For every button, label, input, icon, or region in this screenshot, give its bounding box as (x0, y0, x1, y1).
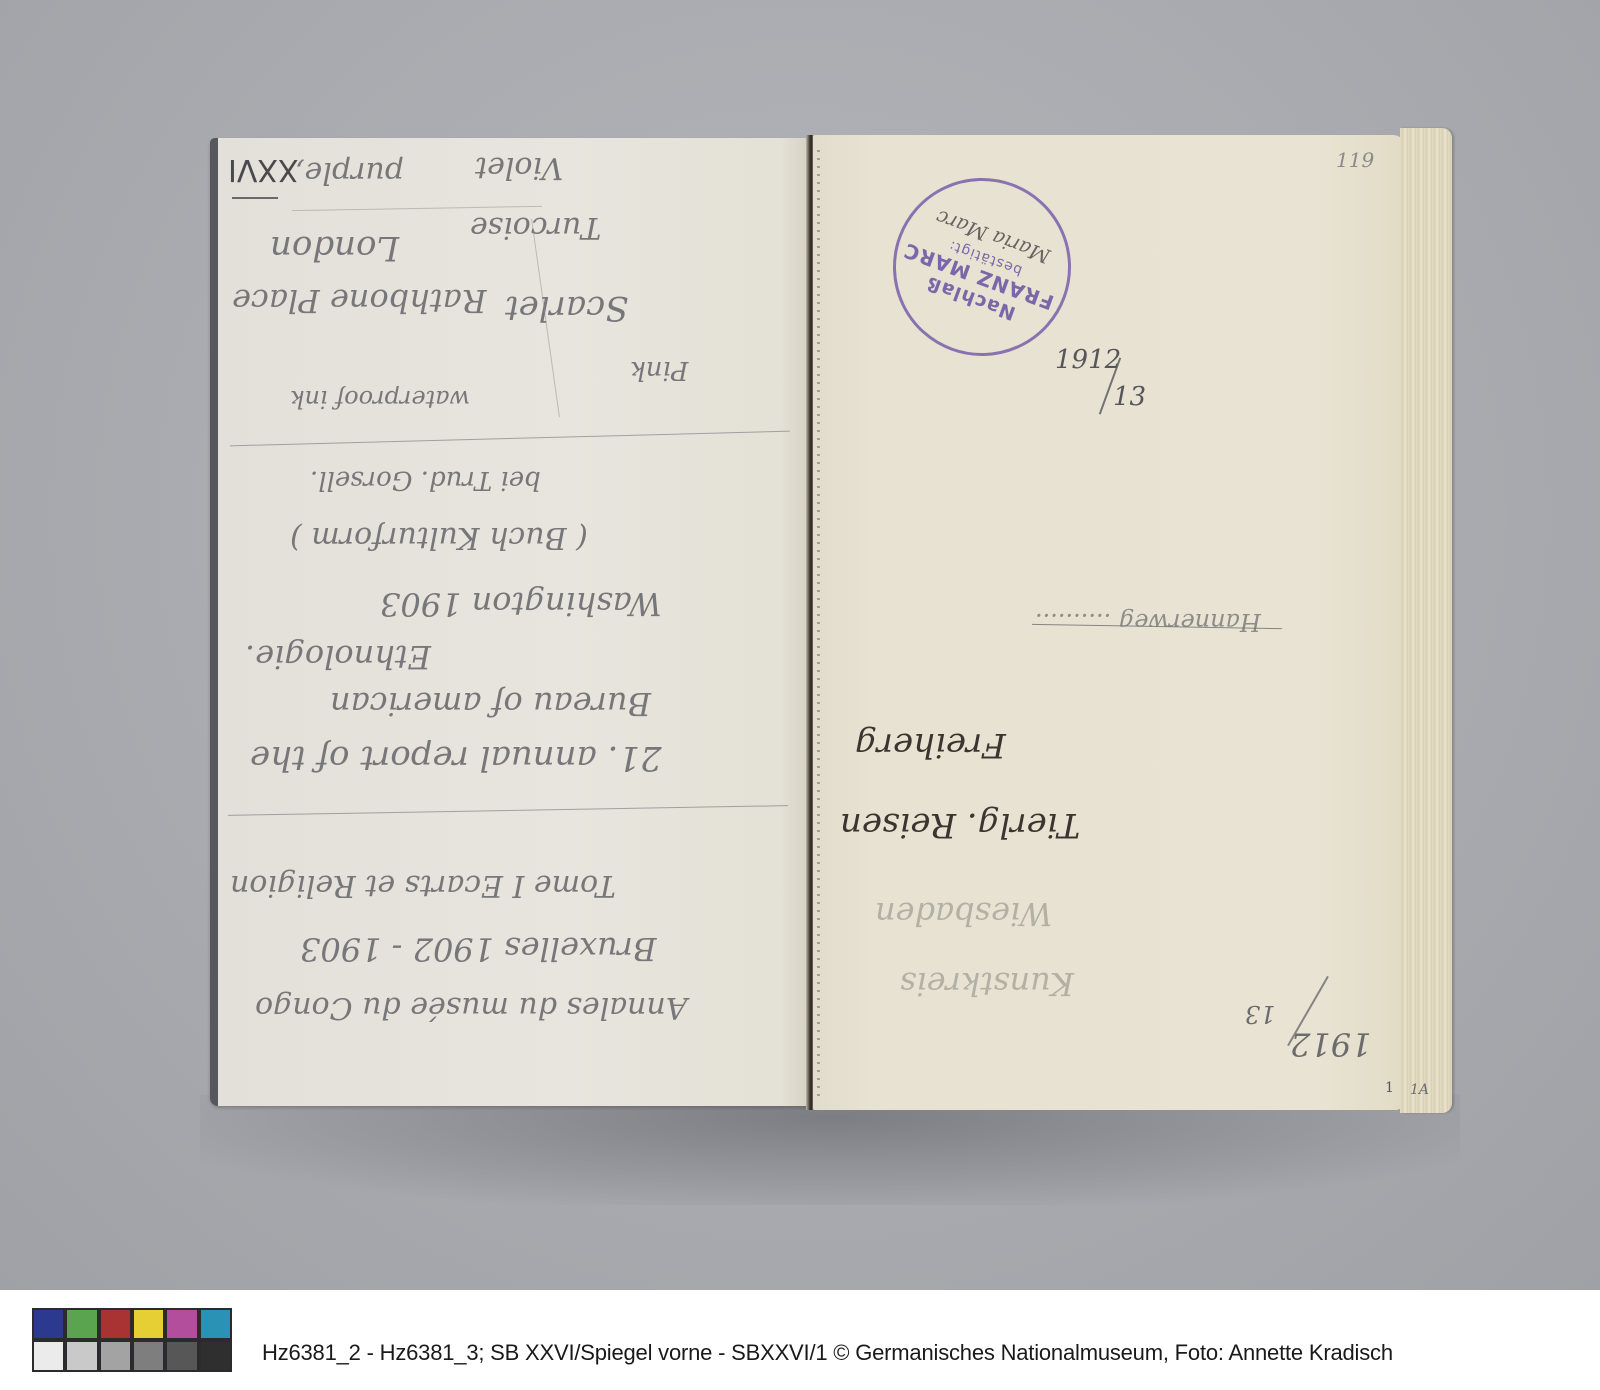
color-patch (101, 1310, 130, 1338)
color-patch (34, 1310, 63, 1338)
color-checker (32, 1308, 232, 1372)
ref-1-line-5: ( Buch Kulturform ) (290, 520, 588, 555)
volume-underline (232, 197, 278, 199)
ref-2-line-3: Tome I Ecarts et Religion (230, 868, 616, 903)
faint-line-wiesbaden: Wiesbaden (875, 895, 1053, 933)
date-upper-suffix: 13 (1113, 382, 1146, 412)
color-patch (34, 1342, 63, 1370)
ink-line-tierlg-reisen: Tierlg. Reisen (840, 805, 1080, 845)
color-patch (67, 1310, 96, 1338)
ref-1-line-3: Ethnologie. (245, 638, 431, 676)
page-number: 119 (1336, 148, 1374, 172)
photograph: XXVI Violet purple, Turcoise London Scar… (0, 0, 1600, 1290)
inscription-rathbone-place: Rathbone Place (232, 282, 487, 320)
ink-line-freiherg: Freiherg (855, 725, 1006, 765)
color-patch (101, 1342, 130, 1370)
date-lower-suffix: 13 (1245, 1000, 1276, 1028)
inscription-pink: Pink (630, 355, 688, 385)
inscription-scarlet: Scarlet (505, 288, 629, 328)
inscription-london: London (270, 228, 399, 268)
color-patch (67, 1342, 96, 1370)
color-patch (167, 1342, 196, 1370)
ref-2-line-1: Annales du musée du Congo (255, 990, 687, 1025)
color-patch (134, 1342, 163, 1370)
perforation-line (817, 150, 820, 1100)
edge-tick: 1 (1385, 1080, 1394, 1096)
date-lower-year: 1912 (1290, 1025, 1371, 1063)
edge-mark: 1A (1410, 1082, 1429, 1098)
open-sketchbook: XXVI Violet purple, Turcoise London Scar… (0, 0, 1600, 1290)
date-upper-year: 1912 (1055, 345, 1121, 375)
photo-caption: Hz6381_2 - Hz6381_3; SB XXVI/Spiegel vor… (262, 1340, 1393, 1366)
color-patch (201, 1310, 230, 1338)
page-edges (1400, 128, 1452, 1113)
color-patch (134, 1310, 163, 1338)
faint-line-kunstkreis: Kunstkreis (900, 965, 1074, 1003)
ref-1-line-2: Bureau of american (330, 685, 651, 723)
ref-1-line-1: 21. annual report of the (250, 738, 662, 778)
ref-1-line-6: bei Trud. Gorsell. (310, 465, 541, 495)
inscription-turcoise: Turcoise (470, 210, 601, 245)
color-patch (167, 1310, 196, 1338)
inscription-waterproof-ink: waterproof ink (290, 385, 470, 413)
inscription-violet: Violet (475, 150, 563, 185)
struck-inscription: Hannerweg .......... (1035, 608, 1261, 636)
volume-mark: XXVI (228, 152, 298, 187)
inscription-purple: purple, (295, 155, 404, 190)
color-patch (201, 1342, 230, 1370)
ref-1-line-4: Washington 1903 (380, 585, 662, 623)
ref-2-line-2: Bruxelles 1902 - 1903 (300, 930, 656, 968)
